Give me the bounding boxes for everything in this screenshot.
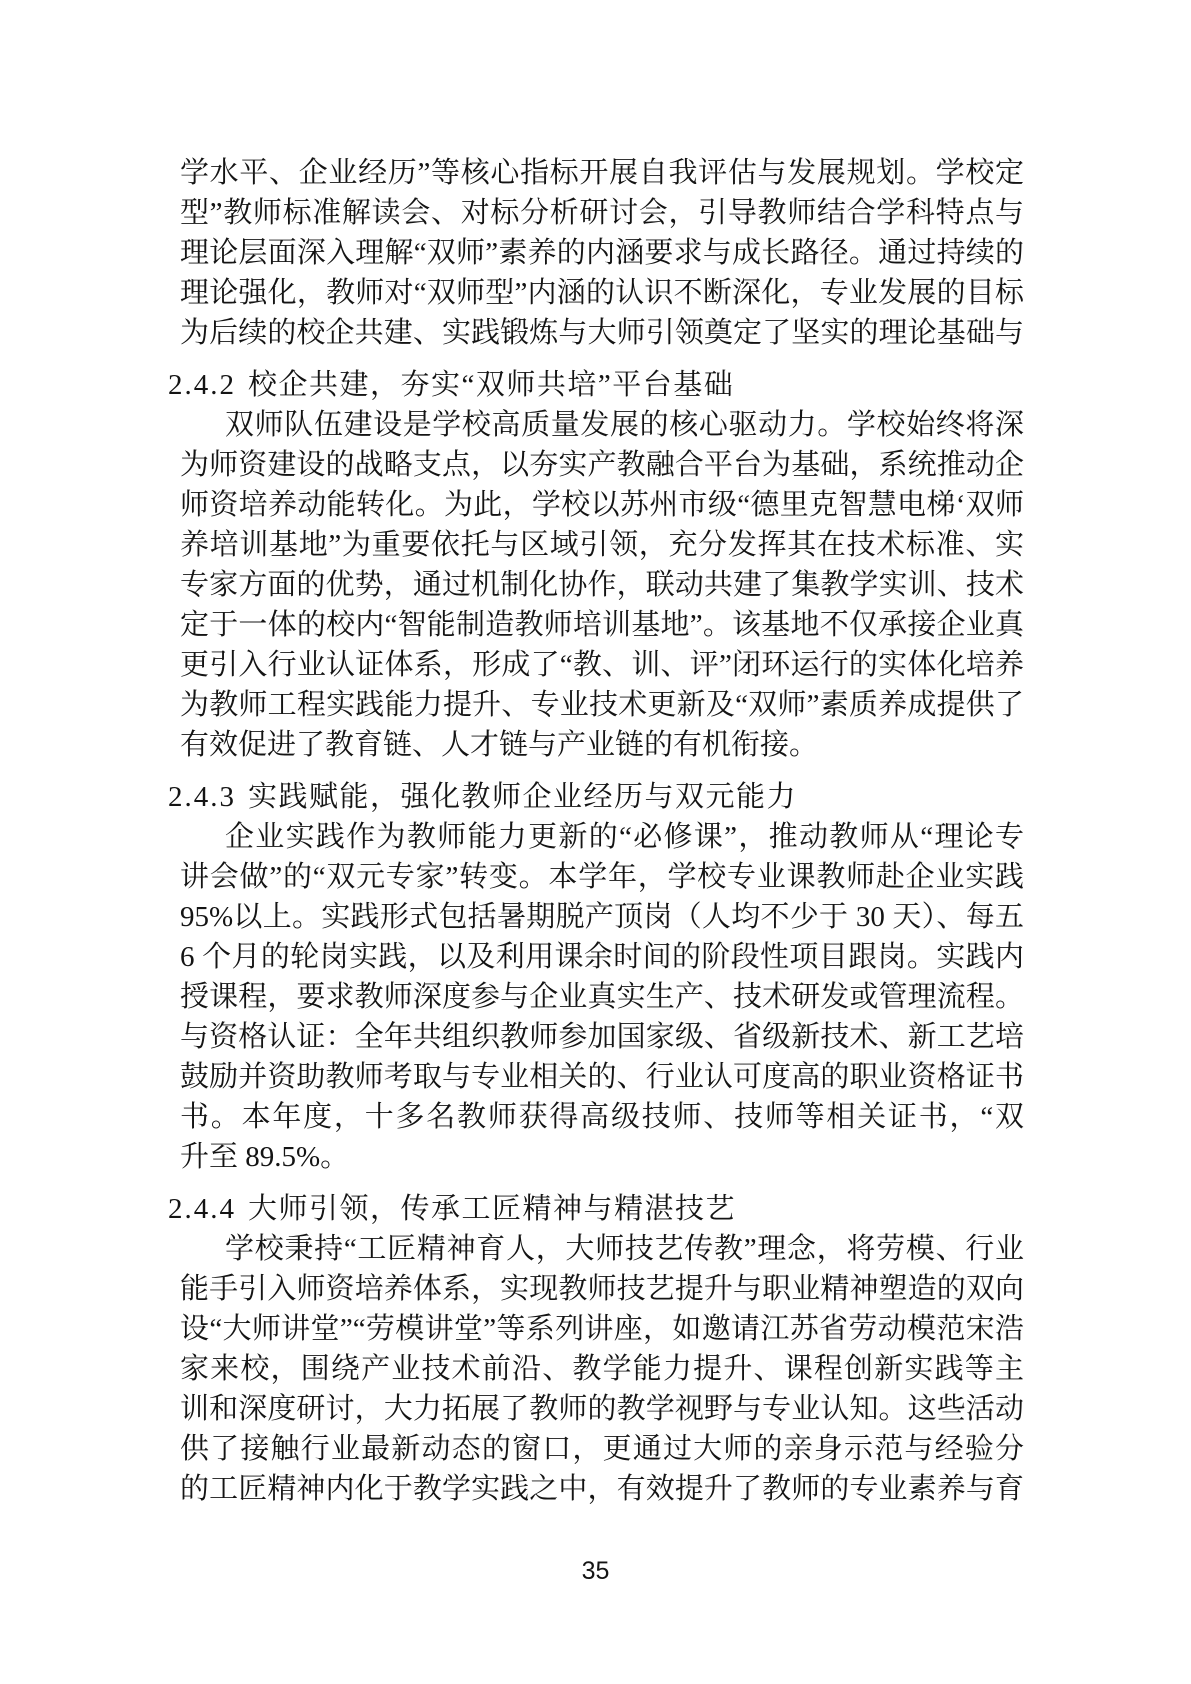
paragraph: 学水平、企业经历”等核心指标开展自我评估与发展规划。学校定期举办“双师型”教师标… bbox=[168, 153, 1024, 353]
text-line: 讲会做”的“双元专家”转变。本学年，学校专业课教师赴企业实践锻炼比例达 bbox=[168, 857, 1024, 897]
text-line: 的工匠精神内化于教学实践之中，有效提升了教师的专业素养与育人能力，为打 bbox=[168, 1469, 1024, 1509]
text-line: 鼓励并资助教师考取与专业相关的、行业认可度高的职业资格证书或技能等级证 bbox=[168, 1057, 1024, 1097]
text-line: 6 个月的轮岗实践，以及利用课余时间的阶段性项目跟岗。实践内容紧密对接所 bbox=[168, 937, 1024, 977]
document-body: 学水平、企业经历”等核心指标开展自我评估与发展规划。学校定期举办“双师型”教师标… bbox=[168, 153, 1024, 1509]
text-line: 设“大师讲堂”“劳模讲堂”等系列讲座，如邀请江苏省劳动模范宋浩等行业专 bbox=[168, 1309, 1024, 1349]
text-line: 能手引入师资培养体系，实现教师技艺提升与职业精神塑造的双向促进。通过开 bbox=[168, 1269, 1024, 1309]
text-line: 型”教师标准解读会、对标分析研讨会，引导教师结合学科特点与实践需求，从 bbox=[168, 193, 1024, 233]
section-number: 2.4.2 bbox=[168, 369, 236, 401]
paragraph: 双师队伍建设是学校高质量发展的核心驱动力。学校始终将深化校企合作作为师资建设的战… bbox=[168, 405, 1024, 765]
text-line: 书。本年度，十多名教师获得高级技师、技师等相关证书，“双师”教师比例提 bbox=[168, 1097, 1024, 1137]
section-number: 2.4.3 bbox=[168, 781, 236, 813]
section-heading: 2.4.4大师引领，传承工匠精神与精湛技艺 bbox=[168, 1189, 1024, 1229]
paragraph: 学校秉持“工匠精神育人，大师技艺传教”理念，将劳模、行业大师、技术能手引入师资培… bbox=[168, 1229, 1024, 1509]
text-line: 与资格认证：全年共组织教师参加国家级、省级新技术、新工艺培训 40 余人次。 bbox=[168, 1017, 1024, 1057]
text-line: 为后续的校企共建、实践锻炼与大师引领奠定了坚实的理论基础与方向指引。 bbox=[168, 313, 1024, 353]
section-title: 大师引领，传承工匠精神与精湛技艺 bbox=[248, 1193, 736, 1225]
text-line: 95%以上。实践形式包括暑期脱产顶岗（人均不少于 30 天）、每五年累计不少于 bbox=[168, 897, 1024, 937]
page-footer: 35 bbox=[0, 1556, 1191, 1586]
text-line: 学水平、企业经历”等核心指标开展自我评估与发展规划。学校定期举办“双师 bbox=[168, 153, 1024, 193]
page-number: 35 bbox=[582, 1557, 610, 1585]
text-line: 理论强化，教师对“双师型”内涵的认识不断深化，专业发展的目标更加清晰， bbox=[168, 273, 1024, 313]
section-title: 实践赋能，强化教师企业经历与双元能力 bbox=[248, 781, 797, 813]
text-line: 更引入行业认证体系，形成了“教、训、评”闭环运行的实体化培养支撑体系， bbox=[168, 645, 1024, 685]
section-title: 校企共建，夯实“双师共培”平台基础 bbox=[248, 369, 734, 401]
text-line: 为师资建设的战略支点，以夯实产教融合平台为基础，系统推动企业优质资源向 bbox=[168, 445, 1024, 485]
text-line: 授课程，要求教师深度参与企业真实生产、技术研发或管理流程。推动技能培训 bbox=[168, 977, 1024, 1017]
text-line: 定于一体的校内“智能制造教师培训基地”。该基地不仅承接企业真实生产项目， bbox=[168, 605, 1024, 645]
text-line: 理论层面深入理解“双师”素养的内涵要求与成长路径。通过持续的标准学习与 bbox=[168, 233, 1024, 273]
text-line: 家来校，围绕产业技术前沿、教学能力提升、课程创新实践等主题，举办专题培 bbox=[168, 1349, 1024, 1389]
text-line: 有效促进了教育链、人才链与产业链的有机衔接。 bbox=[168, 725, 1024, 765]
text-line: 供了接触行业最新动态的窗口，更通过大师的亲身示范与经验分享，将精益求精 bbox=[168, 1429, 1024, 1469]
section-heading: 2.4.3实践赋能，强化教师企业经历与双元能力 bbox=[168, 777, 1024, 817]
text-line: 养培训基地”为重要依托与区域引领，充分发挥其在技术标准、实践项目与行业 bbox=[168, 525, 1024, 565]
text-line: 专家方面的优势，通过机制化协作，联动共建了集教学实训、技术培训与技能鉴 bbox=[168, 565, 1024, 605]
section-heading: 2.4.2校企共建，夯实“双师共培”平台基础 bbox=[168, 365, 1024, 405]
text-line: 双师队伍建设是学校高质量发展的核心驱动力。学校始终将深化校企合作作 bbox=[168, 405, 1024, 445]
text-line: 师资培养动能转化。为此，学校以苏州市级“德里克智慧电梯‘双师型’教师培 bbox=[168, 485, 1024, 525]
paragraph: 企业实践作为教师能力更新的“必修课”，推动教师从“理论专家”向“能讲会做”的“双… bbox=[168, 817, 1024, 1177]
text-line: 企业实践作为教师能力更新的“必修课”，推动教师从“理论专家”向“能 bbox=[168, 817, 1024, 857]
text-line: 为教师工程实践能力提升、专业技术更新及“双师”素质养成提供了坚实平台， bbox=[168, 685, 1024, 725]
text-line: 训和深度研讨，大力拓展了教师的教学视野与专业认知。这些活动不仅为教师提 bbox=[168, 1389, 1024, 1429]
text-line: 升至 89.5%。 bbox=[168, 1137, 1024, 1177]
section-number: 2.4.4 bbox=[168, 1193, 236, 1225]
text-line: 学校秉持“工匠精神育人，大师技艺传教”理念，将劳模、行业大师、技术 bbox=[168, 1229, 1024, 1269]
